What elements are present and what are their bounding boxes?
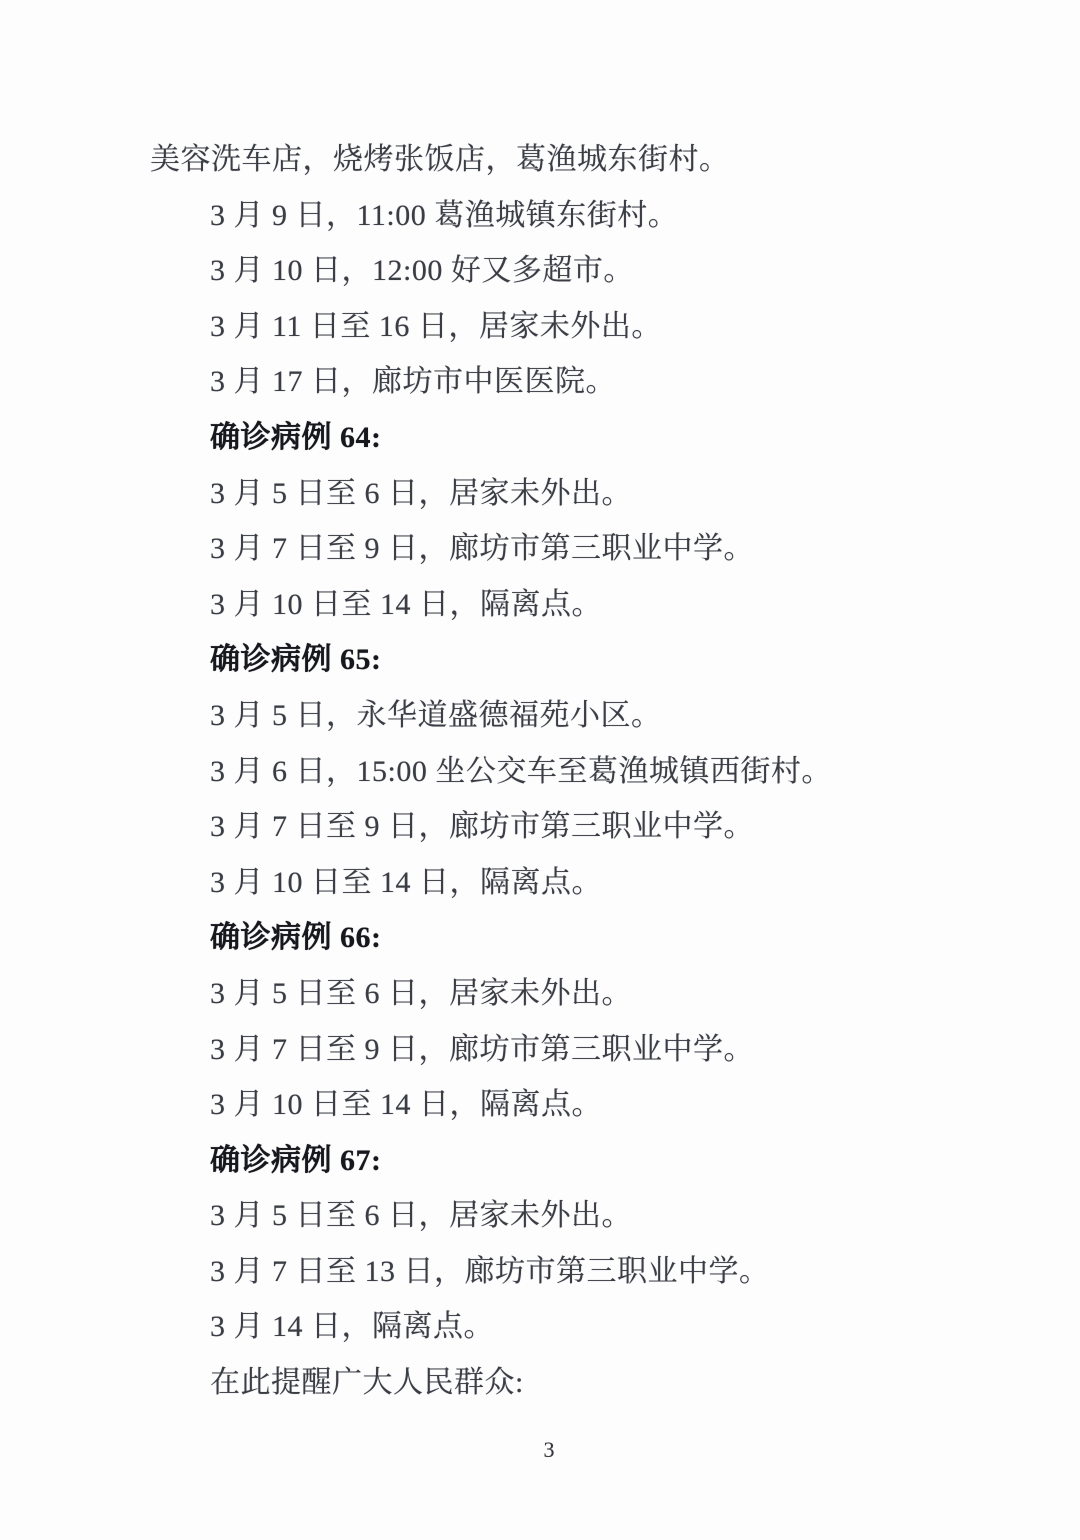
doc-line: 3 月 7 日至 9 日，廊坊市第三职业中学。 [150,799,1050,855]
doc-line: 3 月 7 日至 9 日，廊坊市第三职业中学。 [150,521,1050,577]
doc-line: 3 月 10 日至 14 日，隔离点。 [150,577,1050,633]
document-text: 美容洗车店，烧烤张饭店，葛渔城东街村。3 月 9 日，11:00 葛渔城镇东街村… [150,132,1050,1411]
doc-line: 3 月 17 日，廊坊市中医医院。 [150,354,1050,410]
doc-line: 3 月 14 日，隔离点。 [150,1299,1050,1355]
doc-line: 3 月 9 日，11:00 葛渔城镇东街村。 [150,188,1050,244]
doc-line: 3 月 10 日至 14 日，隔离点。 [150,855,1050,911]
doc-line: 3 月 10 日至 14 日，隔离点。 [150,1077,1050,1133]
doc-line: 3 月 5 日至 6 日，居家未外出。 [150,466,1050,522]
case-header-line: 确诊病例 67: [150,1133,1050,1189]
doc-line: 3 月 6 日，15:00 坐公交车至葛渔城镇西街村。 [150,744,1050,800]
doc-line: 3 月 7 日至 13 日，廊坊市第三职业中学。 [150,1244,1050,1300]
doc-line: 3 月 7 日至 9 日，廊坊市第三职业中学。 [150,1022,1050,1078]
document-page: 美容洗车店，烧烤张饭店，葛渔城东街村。3 月 9 日，11:00 葛渔城镇东街村… [0,0,1080,1540]
case-header-line: 确诊病例 64: [150,410,1050,466]
doc-line: 美容洗车店，烧烤张饭店，葛渔城东街村。 [150,132,1050,188]
doc-line: 3 月 5 日，永华道盛德福苑小区。 [150,688,1050,744]
doc-line: 3 月 10 日，12:00 好又多超市。 [150,243,1050,299]
doc-line: 在此提醒广大人民群众: [150,1355,1050,1411]
doc-line: 3 月 5 日至 6 日，居家未外出。 [150,1188,1050,1244]
page-number: 3 [544,1438,555,1462]
doc-line: 3 月 11 日至 16 日，居家未外出。 [150,299,1050,355]
case-header-line: 确诊病例 65: [150,632,1050,688]
doc-line: 3 月 5 日至 6 日，居家未外出。 [150,966,1050,1022]
case-header-line: 确诊病例 66: [150,910,1050,966]
